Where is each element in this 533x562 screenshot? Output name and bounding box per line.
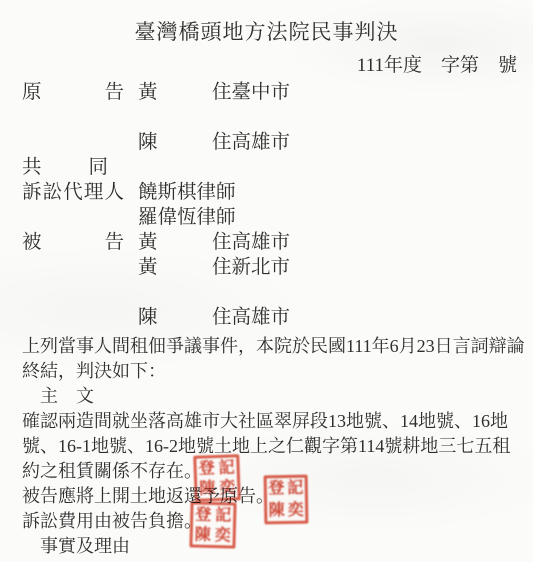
party-address <box>212 180 529 205</box>
main-text-line: 號、16-1地號、16-2地號土地上之仁觀字第114號耕地三七五租 <box>22 434 531 459</box>
seal-glyph: 陳 <box>195 526 211 543</box>
party-row-plaintiff2: 陳 住高雄市 <box>22 130 529 155</box>
party-label: 原告 <box>22 80 124 105</box>
preamble-line: 終結，判決如下： <box>22 359 531 384</box>
case-number: 111年度 字第 號 <box>357 54 517 78</box>
judgment-document-page: 臺灣橋頭地方法院民事判決 111年度 字第 號 原告 黃 住臺中市 陳 住高雄市… <box>0 0 533 562</box>
red-seal-stamp: 登 記 陳 奕 <box>264 475 309 525</box>
party-name: 黃 <box>138 230 212 255</box>
party-row-defendant3: 陳 住高雄市 <box>22 305 529 330</box>
red-seal-stamp: 登 記 陳 奕 <box>189 501 236 548</box>
party-address <box>212 205 529 230</box>
party-name: 黃 <box>138 80 212 105</box>
party-label <box>22 205 124 230</box>
party-row-blank2 <box>22 280 529 305</box>
seal-glyph: 陳 <box>269 502 285 519</box>
seal-glyph: 記 <box>218 459 235 477</box>
party-label <box>22 280 124 305</box>
document-title: 臺灣橋頭地方法院民事判決 <box>0 16 533 46</box>
party-name: 陳 <box>138 305 212 330</box>
party-row-attorney: 訴訟代理人 饒斯棋律師 <box>22 180 529 205</box>
party-label <box>22 255 124 280</box>
seal-glyph: 登 <box>268 480 284 497</box>
main-text-heading: 主 文 <box>22 384 531 409</box>
party-address: 住新北市 <box>212 255 529 280</box>
seal-glyph: 奕 <box>219 479 236 497</box>
party-row-plaintiff: 原告 黃 住臺中市 <box>22 80 529 105</box>
red-seal-stamp: 登 記 陳 奕 <box>193 454 241 502</box>
party-row-attorney2: 羅偉恆律師 <box>22 205 529 230</box>
judgment-body: 上列當事人間租佃爭議事件，本院於民國111年6月23日言詞辯論 終結，判決如下：… <box>22 334 531 559</box>
seal-glyph: 記 <box>287 480 303 497</box>
seal-glyph: 記 <box>215 507 231 524</box>
seal-glyph: 登 <box>198 460 215 478</box>
party-address: 住臺中市 <box>212 80 529 105</box>
parties-section: 原告 黃 住臺中市 陳 住高雄市 共同 訴訟代理人 饒斯棋律師 羅偉恆律師 <box>22 80 529 330</box>
party-address <box>212 105 529 130</box>
party-name <box>122 155 196 180</box>
party-label: 訴訟代理人 <box>22 180 124 205</box>
party-label <box>22 105 124 130</box>
party-name <box>138 105 212 130</box>
preamble-line: 上列當事人間租佃爭議事件，本院於民國111年6月23日言詞辯論 <box>22 334 531 359</box>
party-address: 住高雄市 <box>212 230 529 255</box>
seal-glyph: 陳 <box>199 480 216 498</box>
party-name <box>138 280 212 305</box>
party-name: 黃 <box>138 255 212 280</box>
party-row-blank <box>22 105 529 130</box>
party-address: 住高雄市 <box>212 305 529 330</box>
party-name: 陳 <box>138 130 212 155</box>
party-label: 被告 <box>22 230 124 255</box>
facts-heading: 事實及理由 <box>22 534 531 559</box>
seal-glyph: 奕 <box>214 527 230 544</box>
seal-glyph: 奕 <box>288 501 304 518</box>
main-text-line: 確認兩造間就坐落高雄市大社區翠屏段13地號、14地號、16地 <box>22 409 531 434</box>
party-address <box>196 155 529 180</box>
party-row-joint: 共同 <box>22 155 529 180</box>
party-label <box>22 305 124 330</box>
party-row-defendant: 被告 黃 住高雄市 <box>22 230 529 255</box>
party-label: 共同 <box>22 155 108 180</box>
party-label <box>22 130 124 155</box>
party-name: 饒斯棋律師 <box>138 180 212 205</box>
party-address <box>212 280 529 305</box>
party-name: 羅偉恆律師 <box>138 205 212 230</box>
party-row-defendant2: 黃 住新北市 <box>22 255 529 280</box>
party-address: 住高雄市 <box>212 130 529 155</box>
seal-glyph: 登 <box>195 506 211 523</box>
